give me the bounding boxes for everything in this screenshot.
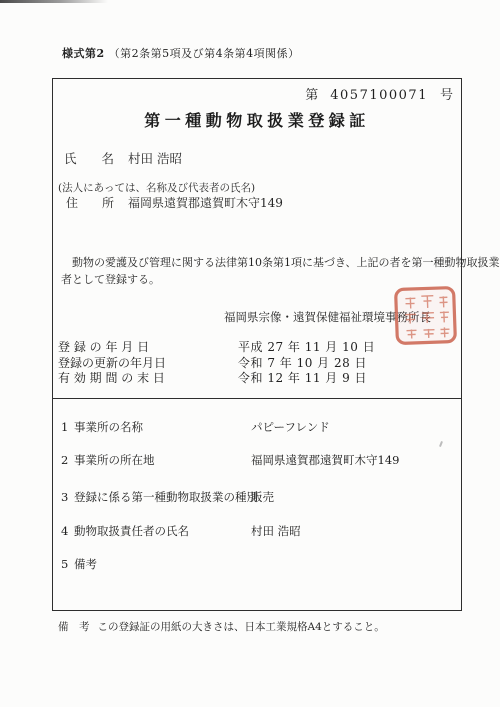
registration-date-value: 平成 27 年 11 月 10 日	[238, 340, 375, 354]
certificate-title: 第一種動物取扱業登録証	[53, 108, 461, 131]
item-value: パピーフレンド	[251, 419, 330, 435]
expiry-date-label: 有 効 期 間 の 末 日	[58, 371, 238, 387]
item-number: 3	[61, 490, 74, 504]
paper-size-note-label: 備 考	[58, 621, 90, 633]
registration-date-row: 登 録 の 年 月 日平成 27 年 11 月 10 日	[58, 340, 375, 356]
certificate-number-value: 4057100071	[330, 88, 428, 103]
form-number-note: （第2条第5項及び第4条第4項関係）	[109, 47, 300, 60]
item-row-remarks: 5備考	[61, 556, 457, 572]
item-value: 販売	[251, 489, 274, 505]
scan-edge-artifact	[0, 0, 108, 3]
item-row-business-address: 2事業所の所在地福岡県遠賀郡遠賀町木守149	[61, 452, 457, 468]
renewal-date-row: 登録の更新の年月日令和 7 年 10 月 28 日	[58, 356, 375, 372]
registration-statement: 動物の愛護及び管理に関する法律第10条第1項に基づき、上記の者を第一種動物取扱業…	[61, 254, 459, 288]
paper-size-note-text: この登録証の用紙の大きさは、日本工業規格A4とすること。	[98, 621, 385, 633]
registration-statement-line1: 動物の愛護及び管理に関する法律第10条第1項に基づき、上記の者を第一種動物取扱業	[61, 254, 459, 271]
item-label: 登録に係る第一種動物取扱業の種別	[74, 490, 258, 504]
renewal-date-value: 令和 7 年 10 月 28 日	[238, 356, 367, 370]
issuer-seal-stamp	[393, 285, 459, 347]
item-value: 村田 浩昭	[251, 523, 301, 539]
scanned-certificate-page: 様式第2（第2条第5項及び第4条第4項関係） 第4057100071号 第一種動…	[0, 0, 500, 707]
form-number-label: 様式第2（第2条第5項及び第4条第4項関係）	[62, 45, 300, 61]
section-divider-line	[53, 398, 461, 399]
item-label: 事業所の名称	[74, 420, 143, 434]
item-row-business-type: 3登録に係る第一種動物取扱業の種別販売	[61, 489, 457, 505]
certificate-border-box: 第4057100071号 第一種動物取扱業登録証 氏 名村田 浩昭 (法人にあっ…	[52, 78, 462, 611]
form-number: 様式第2	[62, 47, 105, 60]
expiry-date-value: 令和 12 年 11 月 9 日	[238, 371, 367, 385]
corporate-note: (法人にあっては、名称及び代表者の氏名)	[58, 180, 255, 195]
item-row-responsible-person: 4動物取扱責任者の氏名村田 浩昭	[61, 523, 457, 539]
item-number: 2	[61, 453, 74, 467]
holder-name-row: 氏 名村田 浩昭	[64, 149, 182, 167]
dates-block: 登 録 の 年 月 日平成 27 年 11 月 10 日 登録の更新の年月日令和…	[58, 340, 375, 387]
certificate-number-suffix: 号	[440, 88, 453, 103]
expiry-date-row: 有 効 期 間 の 末 日令和 12 年 11 月 9 日	[58, 371, 375, 387]
certificate-number-prefix: 第	[305, 88, 318, 103]
item-label: 備考	[74, 557, 97, 571]
item-number: 4	[61, 524, 74, 538]
item-value: 福岡県遠賀郡遠賀町木守149	[251, 452, 399, 468]
item-number: 1	[61, 420, 74, 434]
certificate-number: 第4057100071号	[305, 84, 453, 103]
registration-date-label: 登 録 の 年 月 日	[58, 340, 238, 356]
holder-name-value: 村田 浩昭	[128, 151, 182, 166]
holder-name-label: 氏 名	[64, 151, 114, 166]
seal-graphic	[393, 285, 459, 347]
registration-statement-line2: 者として登録する。	[61, 271, 459, 288]
renewal-date-label: 登録の更新の年月日	[58, 356, 238, 372]
paper-size-note: 備 考この登録証の用紙の大きさは、日本工業規格A4とすること。	[58, 619, 385, 634]
holder-address-label: 住 所	[66, 196, 114, 210]
item-label: 動物取扱責任者の氏名	[74, 524, 189, 538]
holder-address-row: 住 所福岡県遠賀郡遠賀町木守149	[66, 194, 283, 211]
item-label: 事業所の所在地	[74, 453, 155, 467]
item-row-business-name: 1事業所の名称パピーフレンド	[61, 419, 457, 435]
item-number: 5	[61, 557, 74, 571]
holder-address-value: 福岡県遠賀郡遠賀町木守149	[128, 196, 283, 210]
